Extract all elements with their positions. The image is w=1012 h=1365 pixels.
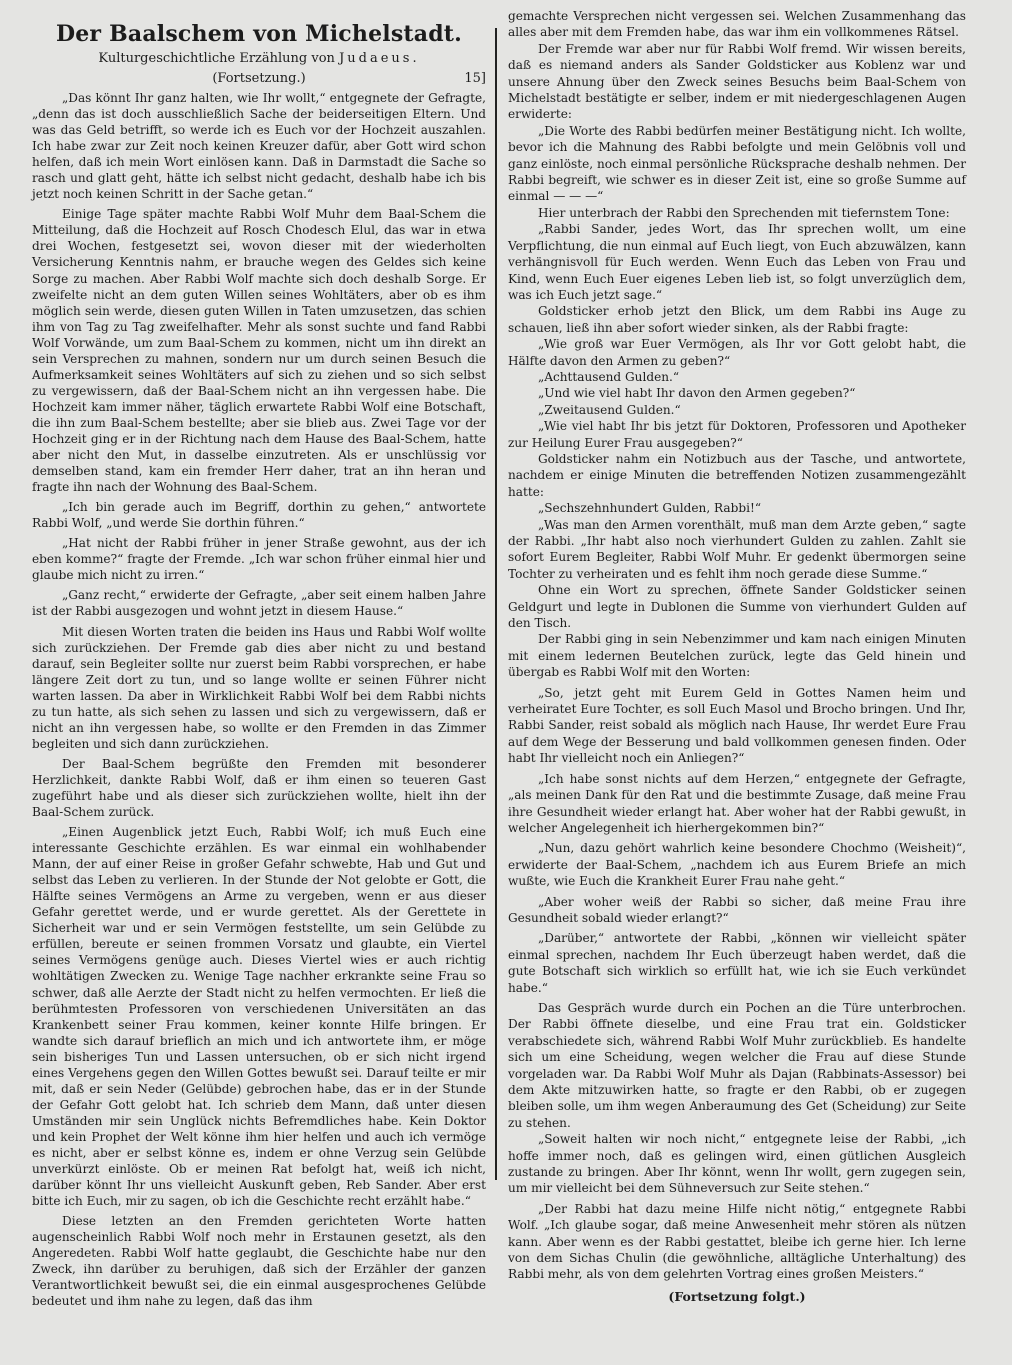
paragraph: „Was man den Armen vorenthält, muß man d… bbox=[508, 517, 966, 583]
continuation-row: (Fortsetzung.) 15] bbox=[32, 68, 486, 90]
paragraph: „Ich bin gerade auch im Begriff, dorthin… bbox=[32, 499, 486, 531]
paragraph: Diese letzten an den Fremden gerichteten… bbox=[32, 1213, 486, 1309]
installment-number: 15] bbox=[464, 68, 486, 90]
paragraph: „Wie groß war Euer Vermögen, als Ihr vor… bbox=[508, 336, 966, 369]
paragraph: Der Fremde war aber nur für Rabbi Wolf f… bbox=[508, 41, 966, 123]
article-subtitle: Kulturgeschichtliche Erzählung von Judae… bbox=[32, 50, 486, 68]
subtitle-text: Kulturgeschichtliche Erzählung von bbox=[98, 51, 339, 66]
paragraph: „Wie viel habt Ihr bis jetzt für Doktore… bbox=[508, 418, 966, 451]
continuation-label: (Fortsetzung.) bbox=[212, 71, 305, 86]
paragraph: „Soweit halten wir noch nicht,“ entgegne… bbox=[508, 1131, 966, 1197]
paragraph: „Die Worte des Rabbi bedürfen meiner Bes… bbox=[508, 123, 966, 205]
paragraph: „Und wie viel habt Ihr davon den Armen g… bbox=[508, 385, 966, 401]
paragraph: „Hat nicht der Rabbi früher in jener Str… bbox=[32, 535, 486, 583]
paragraph: „Der Rabbi hat dazu meine Hilfe nicht nö… bbox=[508, 1201, 966, 1283]
continuation-footer: (Fortsetzung folgt.) bbox=[508, 1289, 966, 1304]
paragraph: Der Baal-Schem begrüßte den Fremden mit … bbox=[32, 756, 486, 820]
paragraph: Das Gespräch wurde durch ein Pochen an d… bbox=[508, 1000, 966, 1131]
paragraph: „Achttausend Gulden.“ bbox=[508, 369, 966, 385]
paragraph: Einige Tage später machte Rabbi Wolf Muh… bbox=[32, 206, 486, 495]
left-column: Der Baalschem von Michelstadt. Kulturges… bbox=[32, 0, 486, 1309]
column-divider bbox=[495, 28, 497, 1180]
paragraph: „Ich habe sonst nichts auf dem Herzen,“ … bbox=[508, 771, 966, 837]
paragraph: „Sechszehnhundert Gulden, Rabbi!“ bbox=[508, 500, 966, 516]
paragraph: „Das könnt Ihr ganz halten, wie Ihr woll… bbox=[32, 90, 486, 202]
paragraph: „So, jetzt geht mit Eurem Geld in Gottes… bbox=[508, 685, 966, 767]
author-name: Judaeus. bbox=[339, 51, 420, 66]
article-title: Der Baalschem von Michelstadt. bbox=[32, 20, 486, 48]
paragraph: „Einen Augenblick jetzt Euch, Rabbi Wolf… bbox=[32, 824, 486, 1209]
paragraph: „Darüber,“ antwortete der Rabbi, „können… bbox=[508, 930, 966, 996]
paragraph: Goldsticker erhob jetzt den Blick, um de… bbox=[508, 303, 966, 336]
paragraph: „Nun, dazu gehört wahrlich keine besonde… bbox=[508, 840, 966, 889]
paragraph: Ohne ein Wort zu sprechen, öffnete Sande… bbox=[508, 582, 966, 631]
paragraph: „Zweitausend Gulden.“ bbox=[508, 402, 966, 418]
paragraph: „Ganz recht,“ erwiderte der Gefragte, „a… bbox=[32, 587, 486, 619]
newspaper-page: Der Baalschem von Michelstadt. Kulturges… bbox=[0, 0, 1012, 1365]
paragraph: „Aber woher weiß der Rabbi so sicher, da… bbox=[508, 894, 966, 927]
paragraph: Hier unterbrach der Rabbi den Sprechende… bbox=[508, 205, 966, 221]
right-column: gemachte Versprechen nicht vergessen sei… bbox=[508, 8, 966, 1304]
paragraph: „Rabbi Sander, jedes Wort, das Ihr sprec… bbox=[508, 221, 966, 303]
paragraph: gemachte Versprechen nicht vergessen sei… bbox=[508, 8, 966, 41]
paragraph: Goldsticker nahm ein Notizbuch aus der T… bbox=[508, 451, 966, 500]
paragraph: Mit diesen Worten traten die beiden ins … bbox=[32, 624, 486, 752]
paragraph: Der Rabbi ging in sein Nebenzimmer und k… bbox=[508, 631, 966, 680]
